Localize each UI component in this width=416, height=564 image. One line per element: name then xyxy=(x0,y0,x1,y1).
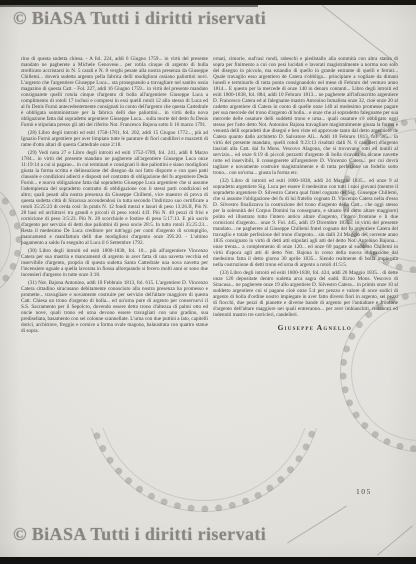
note-paragraph-32: (32) Libro di introiti ed esiti 1800-183… xyxy=(213,178,398,268)
note-paragraph-28: (28) Libro degli introiti ed esiti 1758-… xyxy=(21,130,208,148)
embossed-seal-icon xyxy=(0,175,22,305)
scan-edge-bottom xyxy=(0,557,416,564)
page-number: 105 xyxy=(356,487,372,496)
scan-edge-top xyxy=(0,0,416,5)
author-signature: Giuseppe Agnello xyxy=(213,325,398,331)
embossed-seal-bottom-clip xyxy=(78,428,336,520)
text-paragraph-continuation: rino di questa sudetta chiesa. - A fol. … xyxy=(21,56,208,128)
scanned-book-page: © BiASA Tutti i diritti riservati © BiAS… xyxy=(0,0,416,564)
text-paragraph-continuation: ornati, cimorie, sud'rasi rondi, rabesch… xyxy=(213,56,398,176)
note-paragraph-30: (30) Libro degli introiti ed esiti 1800-… xyxy=(21,248,208,278)
scratch-line xyxy=(377,525,413,555)
text-column-right: ornati, cimorie, sud'rasi rondi, rabesch… xyxy=(213,56,398,331)
text-column-left: rino di questa sudetta chiesa. - A fol. … xyxy=(21,56,208,336)
note-paragraph-33: (33) Libro degli introiti ed esiti 1800-… xyxy=(213,270,398,318)
note-paragraph-29: (29) Vedi nota 27 e Libro degli introiti… xyxy=(21,150,208,246)
watermark-top: © BiASA Tutti i diritti riservati xyxy=(13,8,266,29)
note-paragraph-31: (31) Not. Bajona Antonino, addì 10 Febbr… xyxy=(21,280,208,334)
embossed-seal-icon xyxy=(86,428,322,512)
watermark-bottom: © BiASA Tutti i diritti riservati xyxy=(13,524,266,545)
